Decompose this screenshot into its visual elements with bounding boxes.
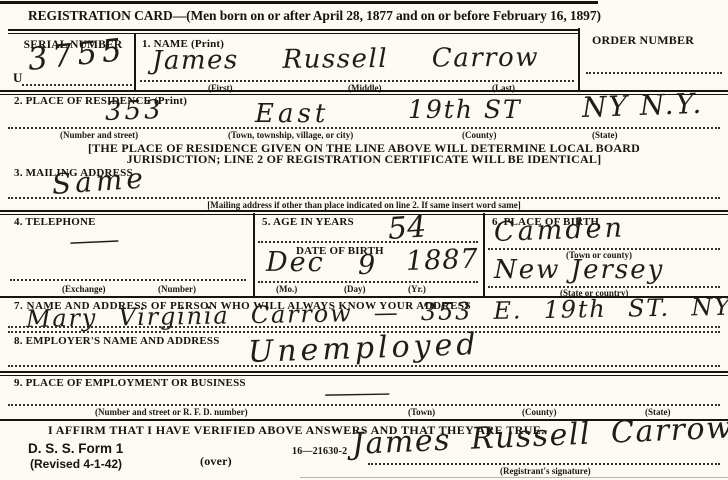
- name-order-divider: [578, 28, 580, 91]
- form-revised: (Revised 4-1-42): [30, 457, 122, 471]
- telephone-sub-exchange: (Exchange): [62, 284, 106, 294]
- residence-sub-state: (State): [592, 130, 618, 140]
- signature-label: (Registrant's signature): [500, 466, 591, 476]
- birth-state-value: New Jersey: [494, 255, 664, 285]
- residence-sub-town: (Town, township, village, or city): [228, 130, 353, 140]
- telephone-dotted-line: [10, 279, 246, 281]
- over-note: (over): [200, 454, 232, 469]
- employment-dotted-line: [8, 404, 720, 406]
- employer-dotted-line: [8, 365, 720, 367]
- residence-street-value: East: [255, 99, 329, 129]
- dob-day-value: 9: [358, 250, 375, 281]
- telephone-age-divider: [253, 213, 255, 296]
- registration-card-document: REGISTRATION CARD—(Men born on or after …: [0, 0, 728, 480]
- employment-label: 9. PLACE OF EMPLOYMENT OR BUSINESS: [14, 377, 246, 389]
- age-birth-divider: [483, 213, 485, 296]
- mailing-note: [Mailing address if other than place ind…: [0, 200, 728, 210]
- dob-sub-day: (Day): [344, 284, 366, 294]
- telephone-value: —: [65, 228, 124, 255]
- age-label: 5. AGE IN YEARS: [262, 216, 354, 228]
- telephone-label: 4. TELEPHONE: [14, 216, 96, 228]
- order-number-label: ORDER NUMBER: [592, 33, 694, 48]
- top-border-line: [0, 1, 598, 4]
- residence-sub-county: (County): [462, 130, 497, 140]
- age-dotted-line: [258, 241, 478, 243]
- form-number: D. S. S. Form 1: [28, 441, 123, 456]
- contact-dotted-line-1: [8, 326, 720, 328]
- mailing-dotted-line: [8, 197, 720, 199]
- name-value: James Russell Carrow: [152, 43, 539, 76]
- name-dotted-line: [140, 80, 574, 82]
- employer-bottom-divider: [0, 371, 728, 376]
- bottom-scan-line: [300, 477, 728, 478]
- serial-name-divider: [134, 34, 136, 91]
- card-title: REGISTRATION CARD—(Men born on or after …: [28, 8, 601, 24]
- employment-sub-town: (Town): [408, 407, 435, 417]
- dob-sub-yr: (Yr.): [408, 284, 426, 294]
- residence-sub-number: (Number and street): [60, 130, 138, 140]
- dob-year-value: 1887: [405, 243, 479, 277]
- header-divider: [8, 29, 578, 34]
- residence-st-line-value: 19th ST: [408, 95, 522, 124]
- serial-dotted-line: [22, 84, 132, 86]
- employment-sub-county: (County): [522, 407, 557, 417]
- telephone-sub-number: (Number): [158, 284, 196, 294]
- residence-number-value: 353: [104, 95, 164, 127]
- signature-dotted-line: [368, 463, 720, 465]
- residence-city-state-value: NY N.Y.: [581, 87, 703, 124]
- birth-town-value: Camden: [493, 212, 625, 248]
- employment-sub-number: (Number and street or R. F. D. number): [95, 407, 248, 417]
- dob-month-value: Dec: [266, 247, 325, 278]
- dob-sub-mo: (Mo.): [276, 284, 297, 294]
- order-number-dotted-line: [586, 72, 722, 74]
- dob-dotted-line: [258, 281, 478, 283]
- mailing-address-value: Same: [51, 161, 148, 201]
- employer-label: 8. EMPLOYER'S NAME AND ADDRESS: [14, 335, 220, 347]
- print-code: 16—21630-2: [292, 446, 347, 457]
- employer-value: Unemployed: [247, 327, 480, 370]
- residence-dotted-line: [8, 127, 720, 129]
